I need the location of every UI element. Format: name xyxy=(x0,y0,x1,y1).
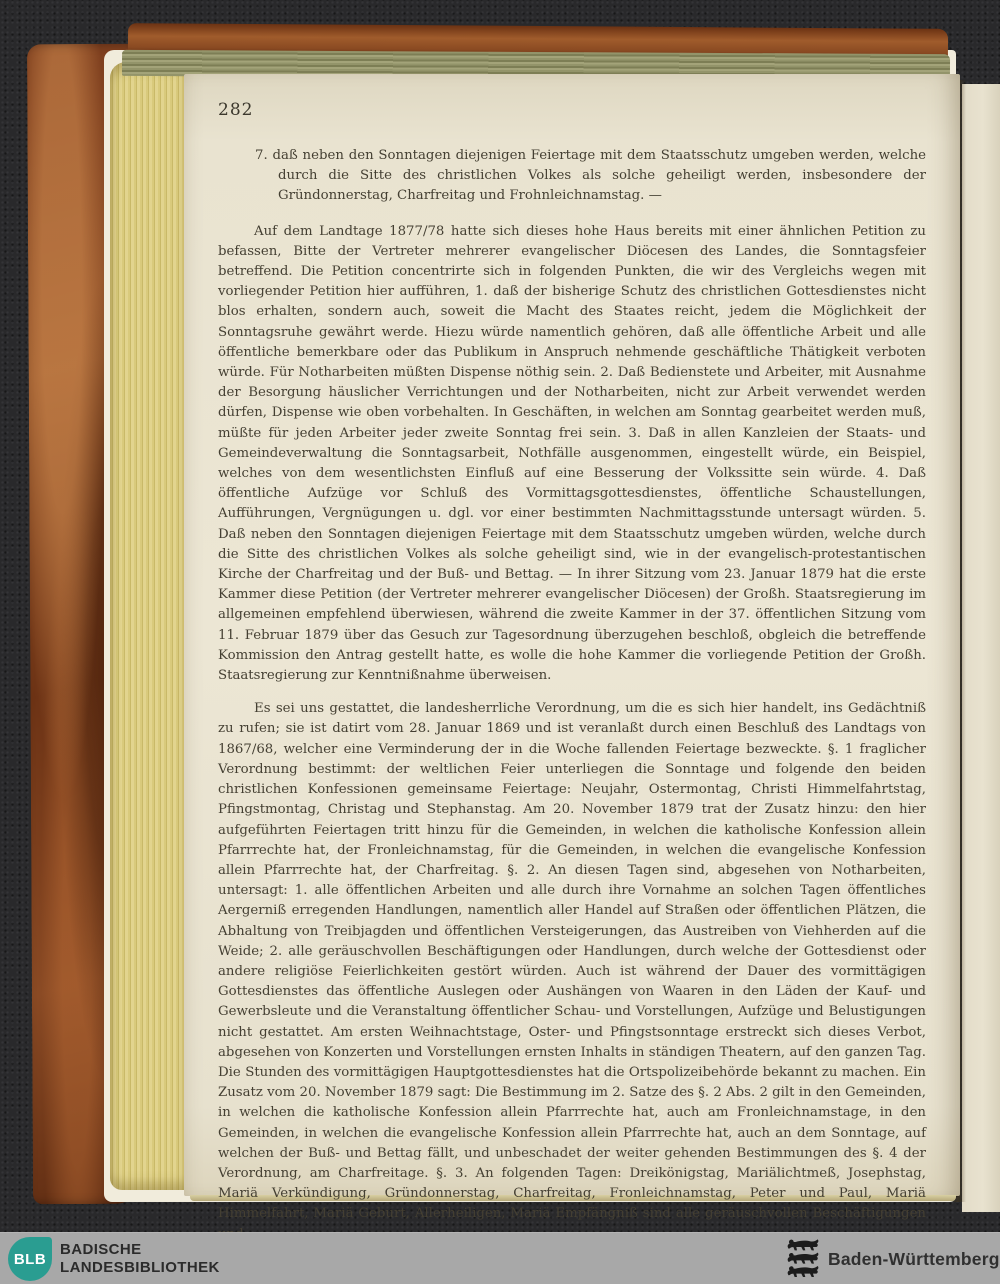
blb-leaf-logo-icon: BLB xyxy=(8,1237,52,1281)
library-name-line2: LANDESBIBLIOTHEK xyxy=(60,1259,220,1277)
petition-point-7: 7. daß neben den Sonntagen diejenigen Fe… xyxy=(218,146,926,207)
library-footer-bar: BLB BADISCHE LANDESBIBLIOTHEK Baden-Würt… xyxy=(0,1232,1000,1284)
baden-wuerttemberg-three-lions-icon xyxy=(786,1239,820,1279)
library-name: BADISCHE LANDESBIBLIOTHEK xyxy=(60,1241,220,1277)
page-text-block: 7. daß neben den Sonntagen diejenigen Fe… xyxy=(218,146,926,1258)
facing-page-sliver xyxy=(962,84,1000,1212)
blb-logo-text: BLB xyxy=(14,1251,46,1268)
state-name: Baden-Württemberg xyxy=(828,1233,1000,1284)
page-number: 282 xyxy=(218,100,253,120)
library-name-line1: BADISCHE xyxy=(60,1241,220,1259)
paragraph-landtag-1877-78: Auf dem Landtage 1877/78 hatte sich dies… xyxy=(218,222,926,687)
paragraph-verordnung-1869: Es sei uns gestattet, die landesherrlich… xyxy=(218,699,926,1244)
book-page-fore-edge xyxy=(110,62,188,1190)
